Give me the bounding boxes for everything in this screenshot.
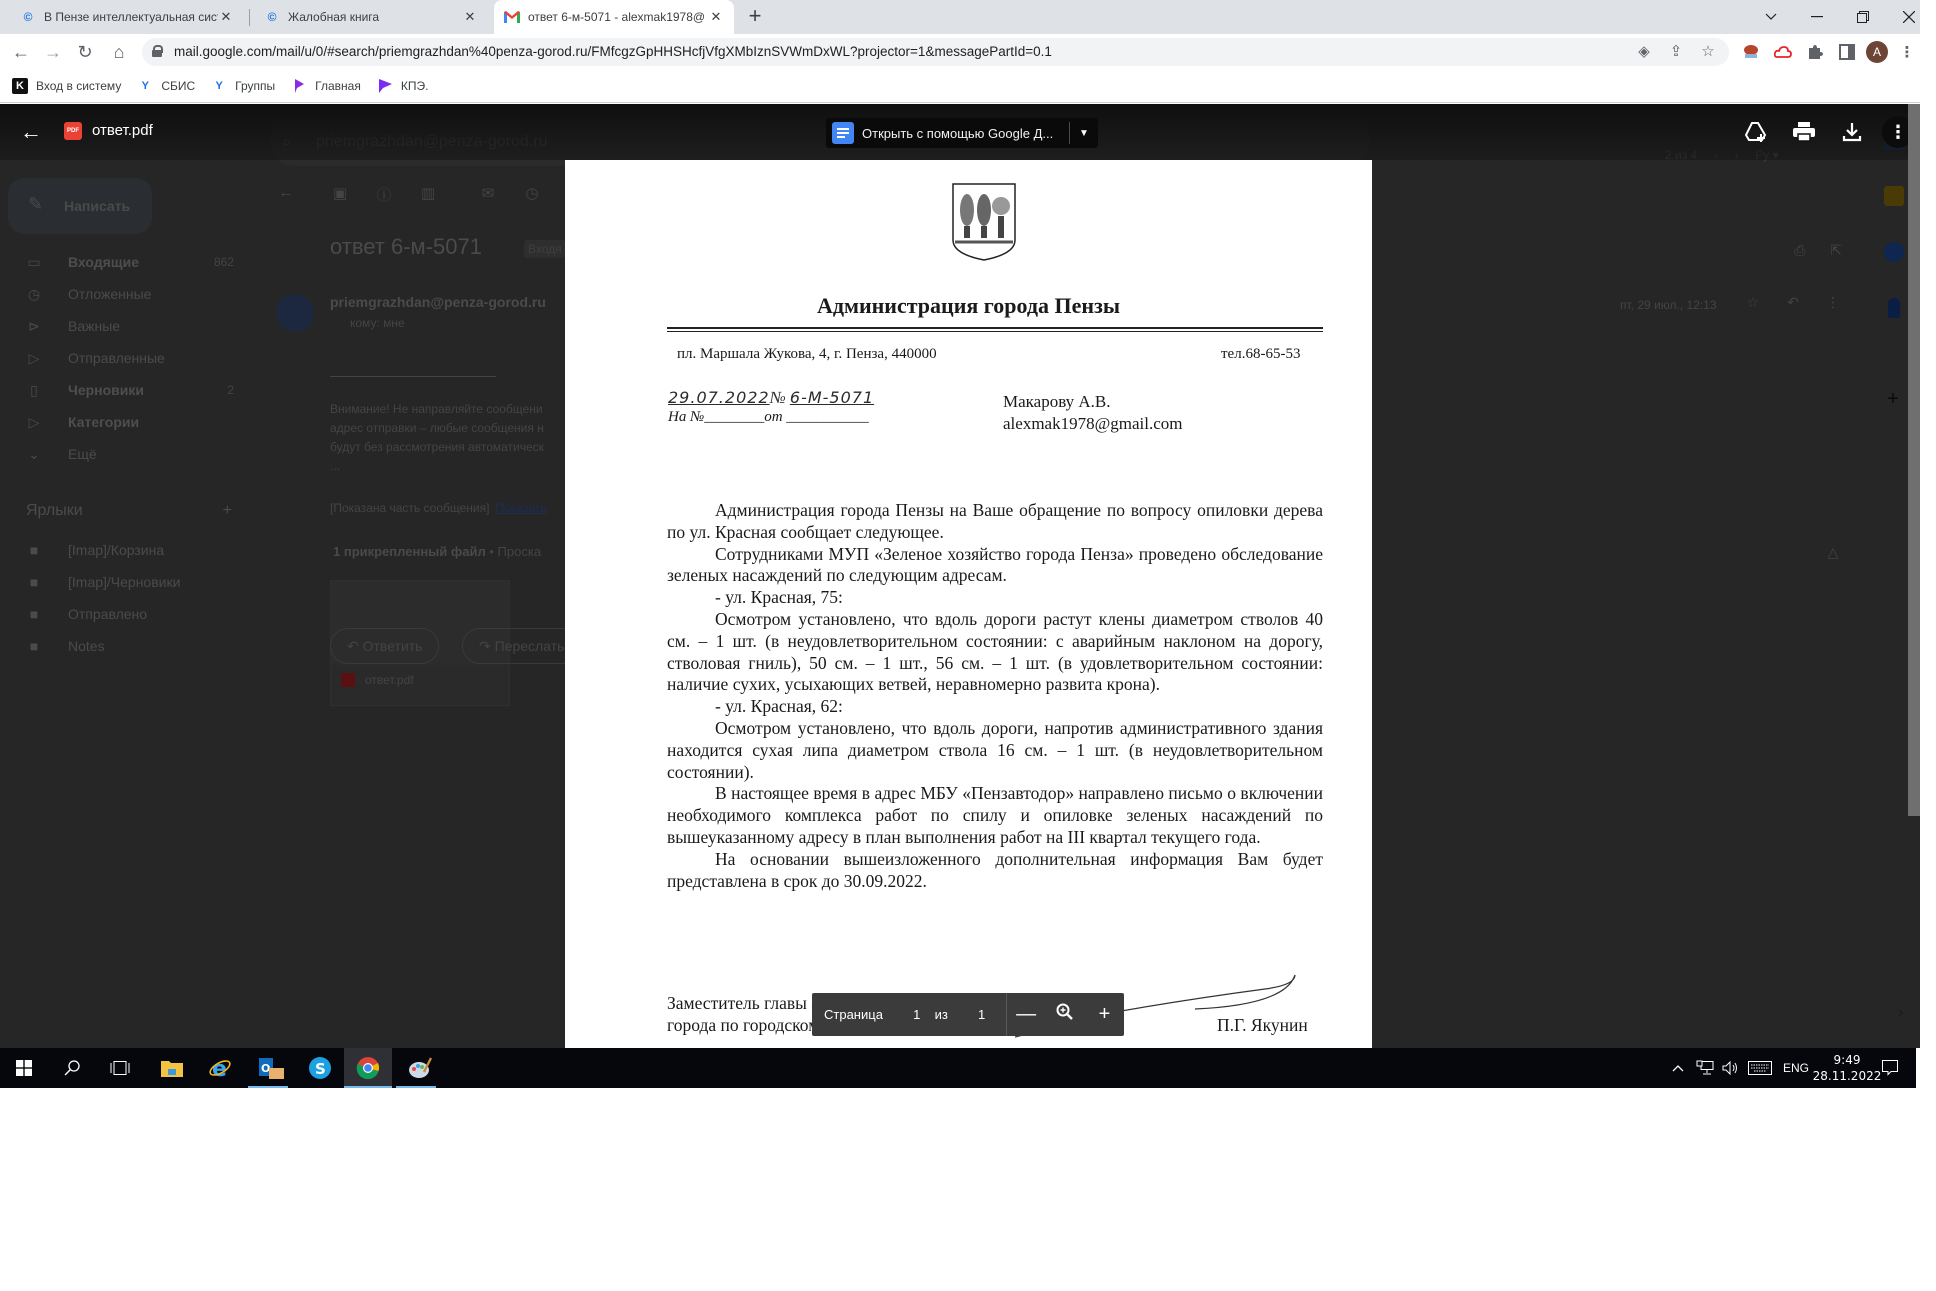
extensions-puzzle-icon[interactable] xyxy=(1802,39,1828,65)
windows-taskbar: e O S ENG 9:49 28. xyxy=(0,1048,1916,1088)
archive-icon[interactable]: ▣ xyxy=(330,184,350,204)
add-app-icon[interactable]: + xyxy=(1882,388,1904,410)
page-number-input[interactable]: 1 xyxy=(909,1007,925,1022)
recipient-dropdown[interactable]: кому: мне xyxy=(350,316,405,330)
chrome-menu-icon[interactable]: ⋮ xyxy=(1894,39,1920,65)
snooze-icon[interactable]: ◷ xyxy=(522,184,542,204)
extension-hat-icon[interactable] xyxy=(1738,39,1764,65)
zoom-out-button[interactable]: — xyxy=(1006,1003,1045,1026)
show-hidden-icons[interactable] xyxy=(1672,1048,1684,1088)
close-viewer-back-icon[interactable]: ← xyxy=(20,120,44,144)
label-item[interactable]: ■ [Imap]/Черновики xyxy=(24,566,234,598)
chevron-down-icon: ⌄ xyxy=(24,446,44,463)
spam-icon[interactable]: ⓘ xyxy=(374,184,394,204)
network-icon[interactable] xyxy=(1696,1048,1714,1088)
email-subject: ответ 6-м-5071 xyxy=(330,234,482,260)
mark-unread-icon[interactable]: ✉ xyxy=(478,184,498,204)
google-docs-icon xyxy=(832,122,854,144)
bookmark-main[interactable]: Главная xyxy=(291,78,361,94)
outlook-icon[interactable]: O xyxy=(248,1048,296,1088)
svg-text:S: S xyxy=(315,1060,326,1078)
label-tag-icon: ■ xyxy=(24,542,44,558)
clipped-notice: [Показана часть сообщения]Показать xyxy=(330,501,546,515)
back-to-list-icon[interactable]: ← xyxy=(276,184,296,204)
sender-avatar xyxy=(276,294,314,332)
tab-separator xyxy=(249,9,250,26)
eye-icon[interactable]: ◈ xyxy=(1635,43,1653,61)
sbis-icon: Y xyxy=(137,78,153,94)
label-item[interactable]: ■ [Imap]/Корзина xyxy=(24,534,234,566)
nav-important[interactable]: ⊳ Важные xyxy=(24,310,234,342)
org-address: пл. Маршала Жукова, 4, г. Пенза, 440000 xyxy=(677,346,937,363)
pdf-icon xyxy=(341,673,355,687)
zoom-in-button[interactable]: + xyxy=(1085,1003,1124,1026)
paint-icon[interactable] xyxy=(396,1048,444,1088)
keep-icon[interactable] xyxy=(1884,186,1904,206)
label-item[interactable]: ■ Отправлено xyxy=(24,598,234,630)
tasks-icon[interactable] xyxy=(1884,242,1904,262)
browser-toolbar: ← → ↻ ⌂ mail.google.com/mail/u/0/#search… xyxy=(0,34,1920,70)
compose-button[interactable]: ✎ Написать xyxy=(8,178,152,234)
reply-button[interactable]: ↶ Ответить xyxy=(330,628,439,664)
tab-complaint-book[interactable]: © Жалобная книга ✕ xyxy=(254,0,488,34)
label-tag-icon: ■ xyxy=(24,606,44,622)
bookmark-kpe[interactable]: КПЭ. xyxy=(377,78,429,94)
email-date: пт, 29 июл., 12:13 xyxy=(1620,298,1717,312)
pdf-file-icon: PDF xyxy=(64,122,82,140)
page-total: 1 xyxy=(974,1007,990,1022)
draft-icon: ▯ xyxy=(24,382,44,399)
delete-icon[interactable]: ▥ xyxy=(418,184,438,204)
tab-gmail-active[interactable]: ответ 6-м-5071 - alexmak1978@ ✕ xyxy=(494,0,734,34)
contacts-icon[interactable] xyxy=(1888,298,1900,318)
reference-line: На №________от ___________ xyxy=(668,409,869,426)
close-tab-icon[interactable]: ✕ xyxy=(462,9,478,25)
minimize-button[interactable] xyxy=(1794,0,1840,34)
page-controls: Страница 1 из 1 — + xyxy=(812,993,1124,1036)
add-to-drive-icon[interactable]: △ xyxy=(1822,544,1844,566)
close-tab-icon[interactable]: ✕ xyxy=(708,9,724,25)
close-tab-icon[interactable]: ✕ xyxy=(218,9,234,25)
bookmarks-bar: K Вход в систему Y СБИС Y Группы Главная… xyxy=(0,70,1920,103)
open-with-dropdown-icon[interactable]: ▼ xyxy=(1070,128,1098,139)
gmail-icon xyxy=(504,9,520,25)
bookmark-sbis[interactable]: Y СБИС xyxy=(137,78,195,94)
label-icon: ▷ xyxy=(24,414,44,431)
tab-penza-system[interactable]: © В Пензе интеллектуальная систе ✕ xyxy=(10,0,244,34)
reload-button[interactable]: ↻ xyxy=(72,39,98,65)
side-panel-icon[interactable] xyxy=(1834,39,1860,65)
org-phone: тел.68-65-53 xyxy=(1221,346,1300,363)
nav-more[interactable]: ⌄ Ещё xyxy=(24,438,234,470)
restore-button[interactable] xyxy=(1840,0,1886,34)
share-icon[interactable]: ⇪ xyxy=(1667,43,1685,61)
pencil-icon: ✎ xyxy=(28,194,43,215)
file-title: ответ.pdf xyxy=(92,120,153,142)
inbox-tag[interactable]: Входя xyxy=(524,240,566,258)
letter-body: Администрация города Пензы на Ваше обращ… xyxy=(667,500,1323,892)
letterhead-rule xyxy=(667,327,1323,329)
reply-icon[interactable]: ↶ xyxy=(1782,294,1804,316)
nav-sent[interactable]: ▷ Отправленные xyxy=(24,342,234,374)
print-all-icon[interactable]: ⎙ xyxy=(1789,242,1811,264)
add-to-drive-button[interactable] xyxy=(1740,116,1772,148)
show-full-link[interactable]: Показать xyxy=(495,501,546,515)
nav-inbox[interactable]: ▭ Входящие 862 xyxy=(24,246,234,278)
new-window-icon[interactable]: ⇱ xyxy=(1825,242,1847,264)
windows-logo-icon xyxy=(16,1060,32,1076)
scrollbar[interactable] xyxy=(1908,104,1920,816)
open-with-docs-button[interactable]: Открыть с помощью Google Д... ▼ xyxy=(826,118,1098,148)
touch-keyboard-icon[interactable] xyxy=(1748,1048,1772,1088)
purple-flag-icon xyxy=(377,78,393,94)
task-view-button[interactable] xyxy=(96,1048,144,1088)
bookmark-groups[interactable]: Y Группы xyxy=(211,78,275,94)
signer-name: П.Г. Якунин xyxy=(1217,1015,1308,1036)
add-label-icon[interactable]: + xyxy=(223,502,232,520)
bookmark-login[interactable]: K Вход в систему xyxy=(12,78,121,94)
tab-search-button[interactable] xyxy=(1748,0,1794,34)
tab-strip: © В Пензе интеллектуальная систе ✕ © Жал… xyxy=(0,0,1920,34)
cloud-extension-icon[interactable] xyxy=(1770,39,1796,65)
url-text[interactable]: mail.google.com/mail/u/0/#search/priemgr… xyxy=(174,38,1052,66)
nav-categories[interactable]: ▷ Категории xyxy=(24,406,234,438)
sbis-icon: Y xyxy=(211,78,227,94)
recipient-block: Макарову А.В. alexmak1978@gmail.com xyxy=(1003,391,1182,435)
attachments-header: 1 прикрепленный файл • Проска xyxy=(333,544,541,559)
back-button[interactable]: ← xyxy=(8,39,34,65)
forward-button[interactable]: → xyxy=(40,39,66,65)
file-explorer-icon[interactable] xyxy=(148,1048,196,1088)
important-icon: ⊳ xyxy=(24,318,44,335)
labels-header: Ярлыки + xyxy=(26,502,232,520)
pdf-page: Администрация города Пензы пл. Маршала Ж… xyxy=(565,160,1372,1048)
city-coat-of-arms-icon xyxy=(951,182,1017,262)
chrome-taskbar-icon[interactable] xyxy=(344,1048,392,1088)
nav-snoozed[interactable]: ◷ Отложенные xyxy=(24,278,234,310)
organization-name: Администрация города Пензы xyxy=(565,293,1372,319)
start-button[interactable] xyxy=(0,1048,48,1088)
label-tag-icon: ■ xyxy=(24,574,44,590)
system-clock[interactable]: 9:49 28.11.2022 xyxy=(1812,1052,1882,1084)
search-button[interactable] xyxy=(48,1048,96,1088)
browser-window: © В Пензе интеллектуальная систе ✕ © Жал… xyxy=(0,0,1920,1088)
nav-drafts[interactable]: ▯ Черновики 2 xyxy=(24,374,234,406)
zoom-fit-button[interactable] xyxy=(1046,1003,1085,1027)
new-tab-button[interactable]: + xyxy=(742,4,768,30)
inbox-icon: ▭ xyxy=(24,254,44,271)
volume-icon[interactable] xyxy=(1722,1048,1740,1088)
next-file-icon[interactable]: › xyxy=(1898,1004,1903,1022)
k-logo-icon: K xyxy=(12,78,28,94)
clock-icon: ◷ xyxy=(24,286,44,303)
download-button[interactable] xyxy=(1836,116,1868,148)
profile-avatar[interactable]: A xyxy=(1866,41,1888,63)
forward-button[interactable]: ↷ Переслать xyxy=(462,628,581,664)
more-icon[interactable]: ⋮ xyxy=(1822,294,1844,316)
internet-explorer-icon[interactable]: e xyxy=(196,1048,244,1088)
registration-number: 29.07.2022№ 6-М-5071 xyxy=(668,388,874,408)
address-bar[interactable]: mail.google.com/mail/u/0/#search/priemgr… xyxy=(142,38,1729,66)
svg-text:O: O xyxy=(261,1062,270,1075)
divider xyxy=(330,376,496,377)
lock-icon xyxy=(152,45,162,57)
home-button[interactable]: ⌂ xyxy=(106,39,132,65)
action-center-icon[interactable] xyxy=(1882,1048,1898,1088)
purple-flag-icon xyxy=(291,78,307,94)
send-icon: ▷ xyxy=(24,350,44,367)
input-language[interactable]: ENG xyxy=(1783,1048,1809,1088)
sender-email: priemgrazhdan@penza-gorod.ru xyxy=(330,294,546,310)
close-window-button[interactable] xyxy=(1886,0,1932,34)
print-button[interactable] xyxy=(1788,116,1820,148)
star-icon[interactable]: ☆ xyxy=(1699,43,1717,61)
letterhead-rule xyxy=(667,331,1323,332)
label-tag-icon: ■ xyxy=(24,638,44,654)
email-body: Внимание! Не направляйте сообщени адрес … xyxy=(330,400,570,476)
skype-icon[interactable]: S xyxy=(296,1048,344,1088)
penza-site-icon: © xyxy=(264,9,280,25)
label-item[interactable]: ■ Notes xyxy=(24,630,234,662)
star-icon[interactable]: ☆ xyxy=(1742,294,1764,316)
pdf-viewer-header: ← PDF ответ.pdf Открыть с помощью Google… xyxy=(0,104,1920,160)
penza-site-icon: © xyxy=(20,9,36,25)
